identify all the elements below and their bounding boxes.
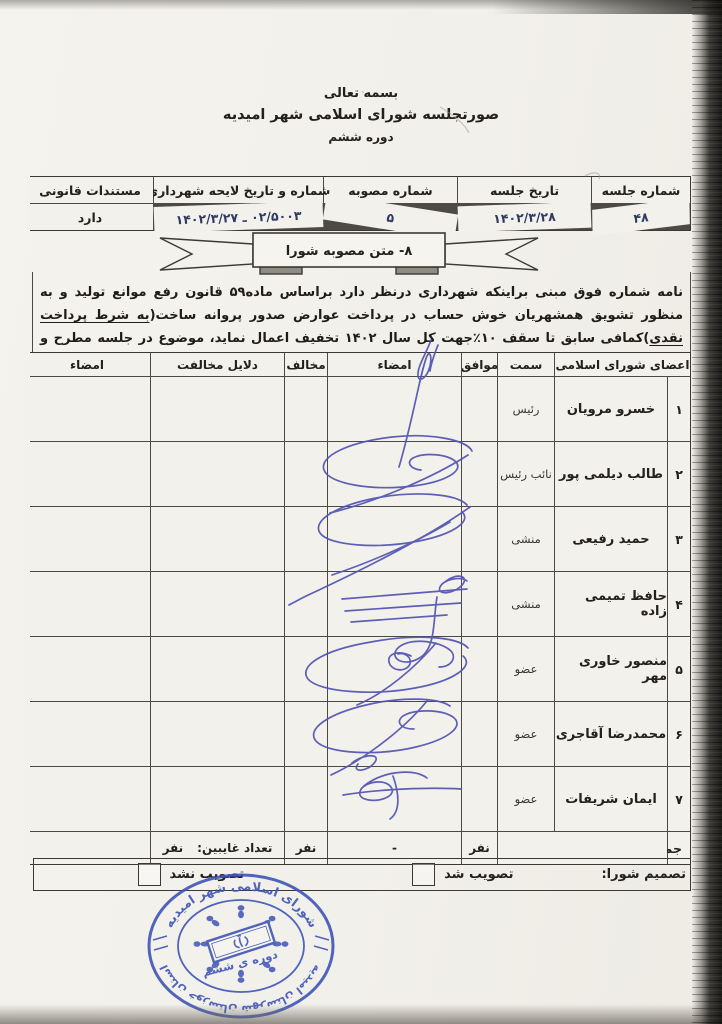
document-title: صورتجلسه شورای اسلامی شهر امیدیه — [0, 107, 722, 123]
member-name: محمدرضا آقاجری — [555, 702, 667, 766]
scan-edge-right — [692, 0, 722, 1024]
scan-edge-bottom — [0, 1004, 722, 1024]
opposition-reason-cell — [151, 377, 284, 441]
council-stamp: دوره ی ششم شورای اسلامی شهر امیدیه استان… — [143, 870, 339, 1024]
member-name: حمید رفیعی — [555, 507, 667, 571]
signature-cell — [328, 442, 461, 506]
signature2-cell — [24, 702, 150, 766]
agree-cell — [462, 767, 497, 831]
agree-cell — [462, 702, 497, 766]
member-position: منشی — [498, 572, 554, 636]
absent-label: تعداد غایبین: — [197, 841, 272, 855]
opposition-reason-cell — [151, 702, 284, 766]
member-name: ایمان شریفات — [555, 767, 667, 831]
rejected-label: تصویب نشد — [170, 867, 245, 882]
stamp-term-text: دوره ی ششم — [201, 947, 279, 980]
resolution-section-title: ۸- متن مصوبه شورا — [253, 234, 445, 268]
member-position: رئیس — [498, 377, 554, 441]
against-cell — [285, 377, 327, 441]
signature2-cell — [24, 767, 150, 831]
member-position: نائب رئیس — [498, 442, 554, 506]
document-header: بسمه تعالی صورتجلسه شورای اسلامی شهر امی… — [0, 86, 722, 144]
against-header: مخالف — [285, 353, 327, 376]
signature-header: امضاء — [328, 353, 461, 376]
signature-cell — [328, 507, 461, 571]
members-header: اعضای شورای اسلامی — [555, 353, 690, 376]
against-cell — [285, 507, 327, 571]
row-number: ۳ — [668, 507, 690, 571]
member-name: حافظ تمیمی زاده — [555, 572, 667, 636]
against-cell — [285, 702, 327, 766]
signature2-cell — [24, 507, 150, 571]
absent-unit: نفر — [163, 841, 184, 855]
approved-checkbox — [412, 863, 435, 886]
stamp-center-banner — [207, 922, 275, 963]
session-number-value: ۴۸ — [592, 198, 690, 236]
opposition-reason-cell — [151, 637, 284, 701]
member-position: عضو — [498, 637, 554, 701]
decision-label: تصمیم شورا: — [601, 867, 686, 882]
agree-header: موافق — [462, 353, 497, 376]
agree-cell — [462, 442, 497, 506]
signature-cell — [328, 572, 461, 636]
signature-cell — [328, 702, 461, 766]
member-position: عضو — [498, 702, 554, 766]
signature2-cell — [24, 377, 150, 441]
iran-emblem-icon — [232, 933, 249, 948]
members-vote-table: اعضای شورای اسلامی سمت موافق امضاء مخالف… — [30, 352, 691, 865]
approved-label: تصویب شد — [444, 867, 513, 882]
signature-cell — [328, 637, 461, 701]
signature2-header: امضاء — [24, 353, 150, 376]
signature-cell — [328, 377, 461, 441]
session-info-table: شماره جلسه تاریخ جلسه شماره مصوبه شماره … — [30, 176, 691, 231]
member-name: منصور خاوری مهر — [555, 637, 667, 701]
against-cell — [285, 442, 327, 506]
member-name: طالب دیلمی پور — [555, 442, 667, 506]
against-cell — [285, 572, 327, 636]
agree-cell — [462, 377, 497, 441]
signature-cell — [328, 767, 461, 831]
agree-cell — [462, 572, 497, 636]
council-decision-row: تصمیم شورا: تصویب شد تصویب نشد — [33, 858, 691, 891]
scan-edge-top-right — [492, 0, 722, 14]
opposition-reason-cell — [151, 767, 284, 831]
legal-docs-value: دارد — [27, 204, 153, 230]
member-name: خسرو مرویان — [555, 377, 667, 441]
row-number: ۱ — [668, 377, 690, 441]
stamp-figures-wreath — [194, 905, 289, 983]
opposition-reason-cell — [151, 572, 284, 636]
row-number: ۲ — [668, 442, 690, 506]
opposition-reasons-header: دلایل مخالفت — [151, 353, 284, 376]
legal-docs-header: مستندات قانونی — [27, 177, 153, 203]
against-cell — [285, 767, 327, 831]
bill-number-date-header: شماره و تاریخ لایحه شهرداری — [154, 177, 323, 203]
against-cell — [285, 637, 327, 701]
row-number: ۷ — [668, 767, 690, 831]
session-date-header: تاریخ جلسه — [458, 177, 591, 203]
member-position: عضو — [498, 767, 554, 831]
row-number: ۵ — [668, 637, 690, 701]
member-position: منشی — [498, 507, 554, 571]
row-number: ۶ — [668, 702, 690, 766]
bismillah-text: بسمه تعالی — [0, 86, 722, 101]
signature2-cell — [24, 637, 150, 701]
council-term: دوره ششم — [0, 130, 722, 144]
opposition-reason-cell — [151, 507, 284, 571]
agree-cell — [462, 637, 497, 701]
signature2-cell — [24, 442, 150, 506]
row-number: ۴ — [668, 572, 690, 636]
signature2-cell — [24, 572, 150, 636]
scanned-document-page: بسمه تعالی صورتجلسه شورای اسلامی شهر امی… — [0, 0, 722, 1024]
rejected-checkbox — [138, 863, 161, 886]
opposition-reason-cell — [151, 442, 284, 506]
agree-cell — [462, 507, 497, 571]
position-header: سمت — [498, 353, 554, 376]
